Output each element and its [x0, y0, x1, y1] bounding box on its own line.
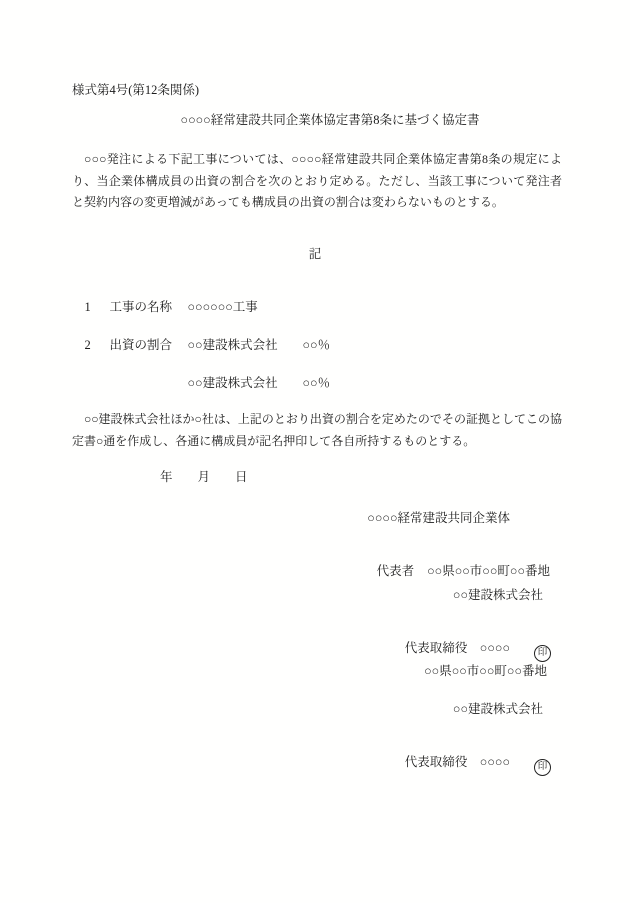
- member-title-name: 代表取締役 ○○○○: [405, 755, 510, 769]
- signature-member-address: ○○県○○市○○町○○番地: [424, 664, 547, 679]
- signature-jv-name: ○○○○経常建設共同企業体: [367, 511, 510, 526]
- document-title: ○○○○経常建設共同企業体協定書第8条に基づく協定書: [0, 113, 630, 128]
- section-marker: 記: [0, 247, 630, 262]
- form-number: 様式第4号(第12条関係): [72, 83, 199, 98]
- seal-icon: 印: [534, 759, 551, 776]
- closing-paragraph: ○○建設株式会社ほか○社は、上記のとおり出資の割合を定めたのでその証拠としてこの…: [72, 409, 562, 452]
- document-page: 様式第4号(第12条関係) ○○○○経常建設共同企業体協定書第8条に基づく協定書…: [0, 0, 630, 903]
- signature-member-company: ○○建設株式会社: [453, 702, 543, 717]
- item-row-share-2: ○○建設株式会社○○％: [72, 361, 330, 406]
- item-share: ○○％: [303, 376, 331, 390]
- intro-paragraph: ○○○発注による下記工事については、○○○○経常建設共同企業体協定書第8条の規定…: [72, 149, 562, 214]
- item-share: ○○％: [303, 338, 331, 352]
- signature-representative-company: ○○建設株式会社: [453, 588, 543, 603]
- representative-address: ○○県○○市○○町○○番地: [427, 564, 550, 578]
- item-number: 1: [85, 300, 110, 315]
- representative-label: 代表者: [377, 564, 415, 578]
- item-label: 出資の割合: [110, 338, 188, 353]
- item-value: ○○○○○○工事: [188, 300, 303, 315]
- representative-title-name: 代表取締役 ○○○○: [405, 641, 510, 655]
- date-line: 年 月 日: [160, 470, 248, 485]
- seal-icon: 印: [534, 645, 551, 662]
- item-label: 工事の名称: [110, 300, 188, 315]
- signature-member-seal-line: 代表取締役 ○○○○印: [392, 740, 551, 791]
- item-value: ○○建設株式会社: [188, 338, 303, 353]
- item-value: ○○建設株式会社: [188, 376, 303, 391]
- item-number: 2: [85, 338, 110, 353]
